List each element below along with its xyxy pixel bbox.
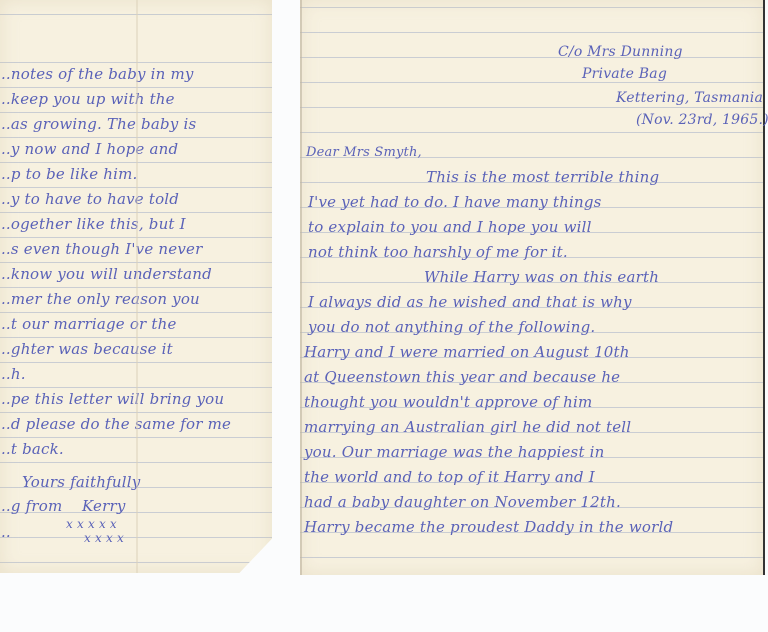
letter-line: to explain to you and I hope you will <box>308 215 677 240</box>
letter-line: ...pe this letter will bring you <box>0 387 231 412</box>
letter-line: ...keep you up with the <box>0 87 231 112</box>
letter-line: ...d please do the same for me <box>0 412 231 437</box>
letter-line: I always did as he wished and that is wh… <box>308 290 677 315</box>
left-letter-page: ...notes of the baby in my ...keep you u… <box>0 0 272 573</box>
letter-line: ...ogether like this, but I <box>0 212 231 237</box>
letter-line: had a baby daughter on November 12th. <box>304 490 673 515</box>
letter-line: you do not anything of the following. <box>308 315 677 340</box>
letter-fragment: ... <box>0 520 11 545</box>
letter-line: ...h. <box>0 362 231 387</box>
kisses: x x x x <box>84 526 124 551</box>
letter-line: marrying an Australian girl he did not t… <box>304 415 673 440</box>
letter-line: I've yet had to do. I have many things <box>308 190 677 215</box>
right-letter-page: C/o Mrs Dunning Private Bag Kettering, T… <box>300 0 765 575</box>
right-page-body: This is the most terrible thing I've yet… <box>300 165 669 540</box>
letter-line: ...ghter was because it <box>0 337 231 362</box>
letter-line: ...p to be like him. <box>0 162 231 187</box>
letter-line: ...know you will understand <box>0 262 231 287</box>
letter-line: at Queenstown this year and because he <box>304 365 673 390</box>
letter-line: ...t back. <box>0 437 231 462</box>
letter-line: ...y to have to have told <box>0 187 231 212</box>
letter-line: This is the most terrible thing <box>426 165 768 190</box>
salutation: Dear Mrs Smyth, <box>306 140 422 165</box>
letter-line: Harry and I were married on August 10th <box>304 340 673 365</box>
letter-line: thought you wouldn't approve of him <box>304 390 673 415</box>
letter-line: the world and to top of it Harry and I <box>304 465 673 490</box>
letter-line: ...t our marriage or the <box>0 312 231 337</box>
letter-line: ...s even though I've never <box>0 237 231 262</box>
letter-line: Harry became the proudest Daddy in the w… <box>304 515 673 540</box>
letter-date: (Nov. 23rd, 1965.) <box>636 108 768 133</box>
left-page-body: ...notes of the baby in my ...keep you u… <box>0 62 235 462</box>
letter-line: ...mer the only reason you <box>0 287 231 312</box>
letter-line: ...notes of the baby in my <box>0 62 231 87</box>
letter-line: not think too harshly of me for it. <box>308 240 677 265</box>
letter-line: While Harry was on this earth <box>424 265 768 290</box>
letter-line: you. Our marriage was the happiest in <box>304 440 673 465</box>
address-line: Private Bag <box>582 62 667 87</box>
letter-closing: Yours faithfully <box>22 470 140 495</box>
sign-off-prefix: ...g from <box>0 494 62 519</box>
letter-line: ...y now and I hope and <box>0 137 231 162</box>
letter-line: ...as growing. The baby is <box>0 112 231 137</box>
